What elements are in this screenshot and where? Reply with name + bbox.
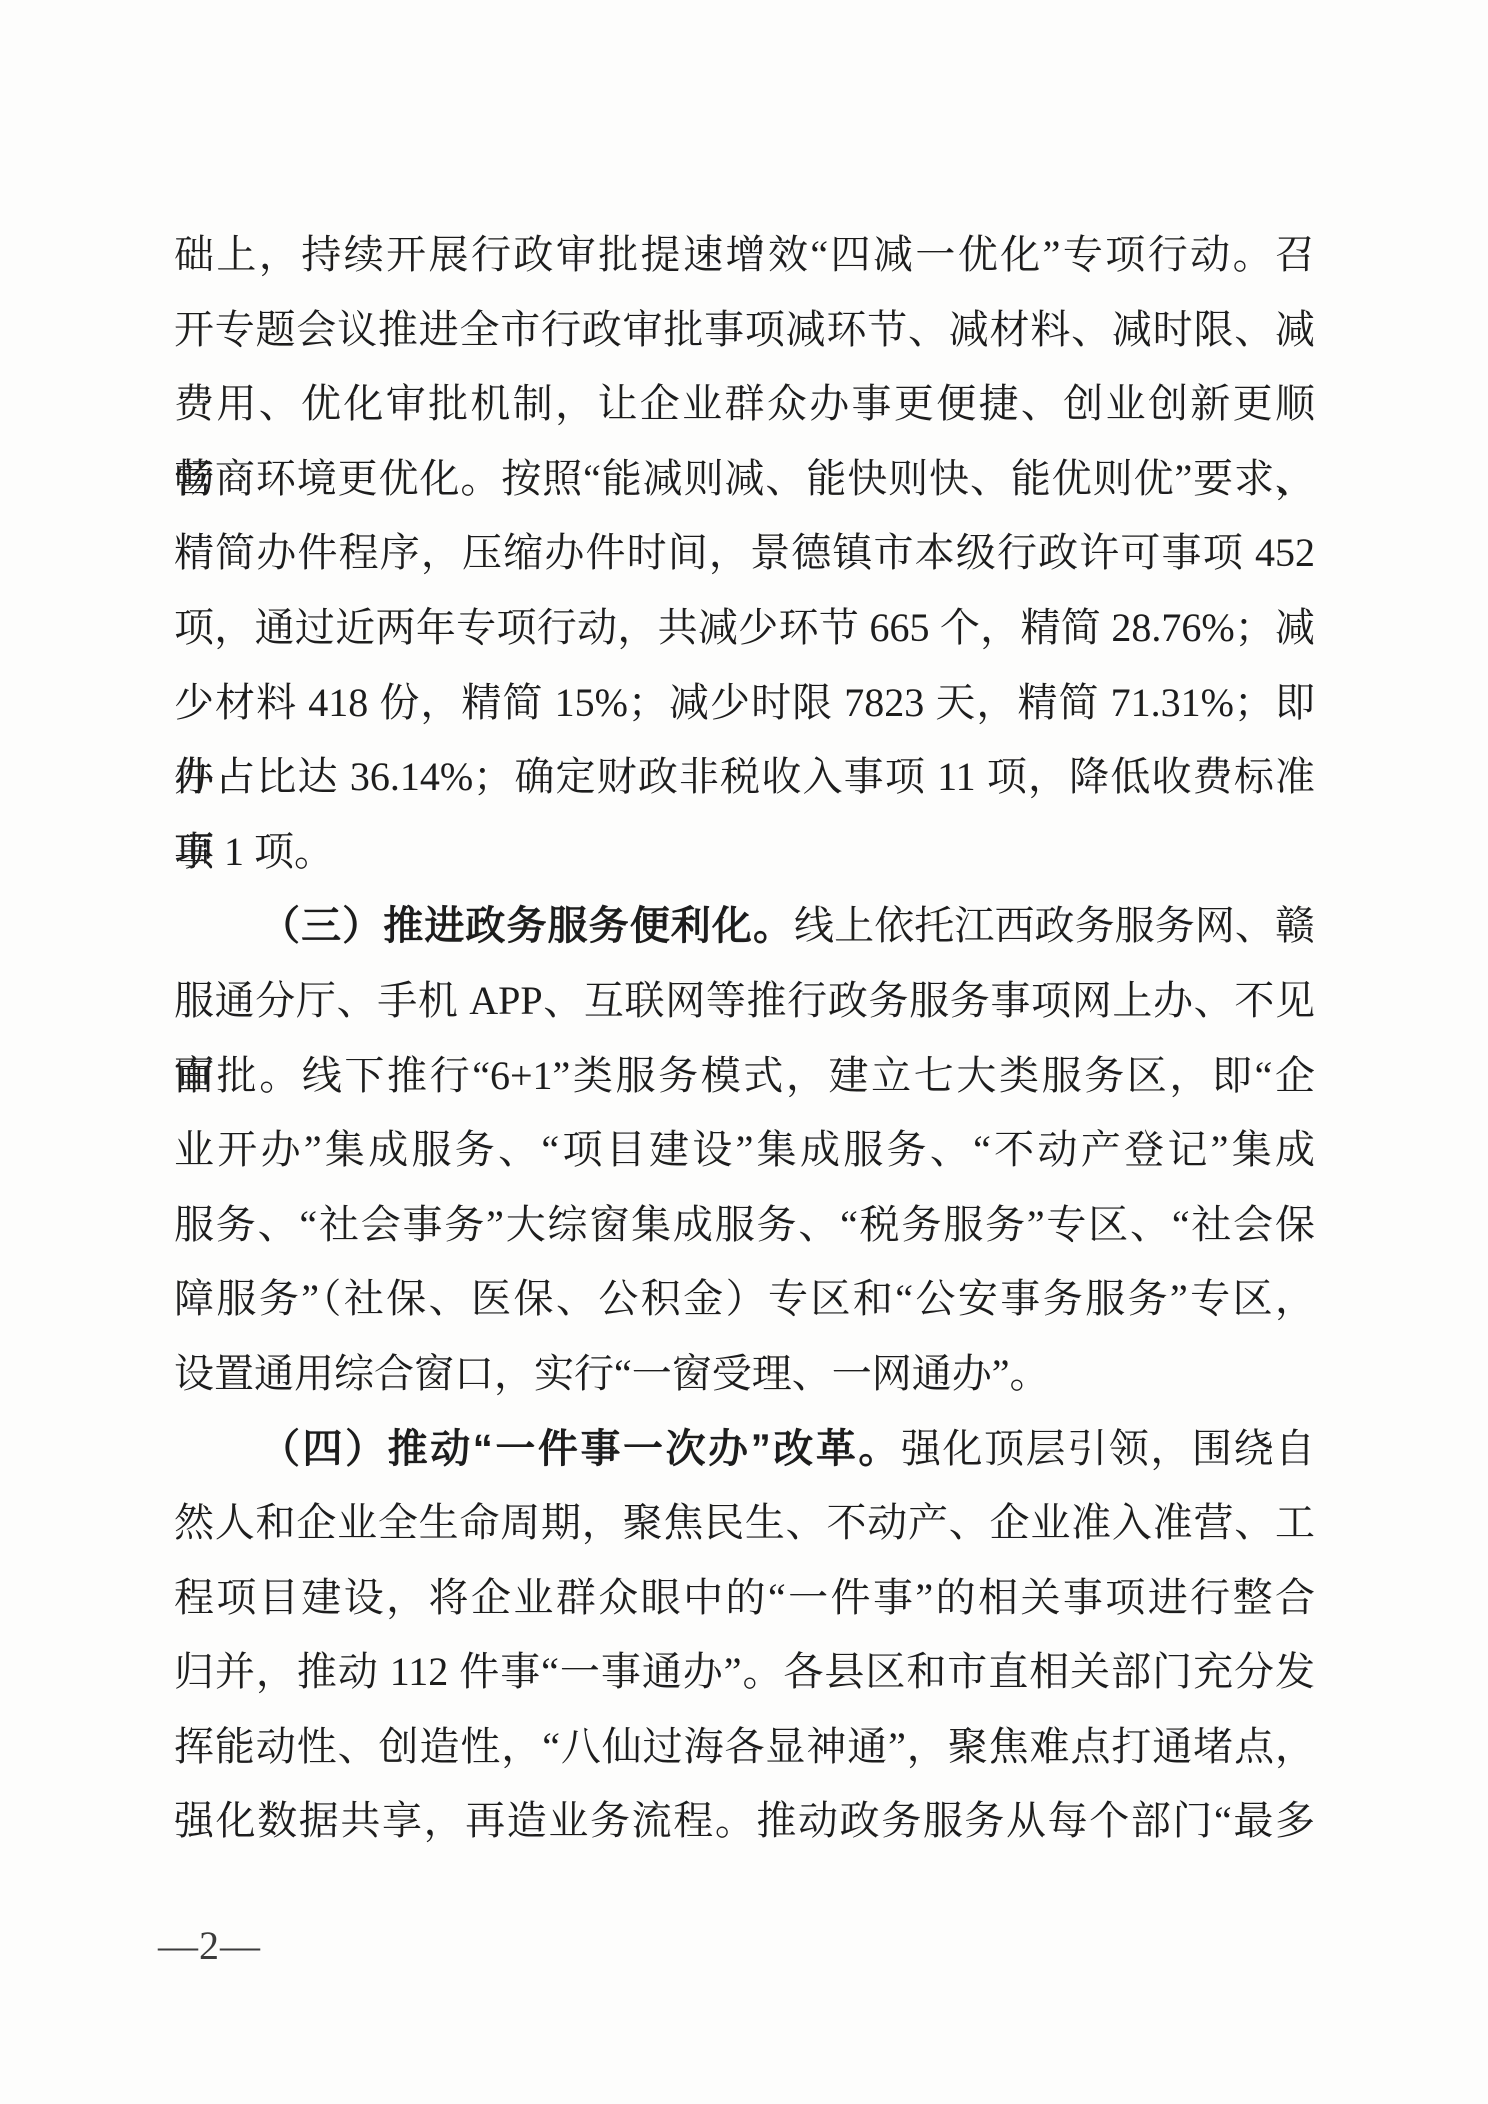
text-line-content: 然人和企业全生命周期，聚焦民生、不动产、企业准入准营、工 [174,1500,1315,1545]
text-line-content: 设置通用综合窗口，实行“一窗受理、一网通办”。 [174,1351,1050,1396]
text-line-content: 项，通过近两年专项行动，共减少环节 665 个，精简 28.76%；减 [174,605,1315,650]
text-line-content: 开专题会议推进全市行政审批事项减环节、减材料、减时限、减 [174,307,1315,352]
document-text-block: 础上，持续开展行政审批提速增效“四减一优化”专项行动。召 开专题会议推进全市行政… [174,218,1315,1859]
text-line-content: 营商环境更优化。按照“能减则减、能快则快、能优则优”要求， [174,456,1315,501]
text-line: 障服务”（社保、医保、公积金）专区和“公安事务服务”专区， [174,1262,1315,1337]
text-line: 少材料 418 份，精简 15%；减少时限 7823 天，精简 71.31%；即… [174,666,1315,741]
text-line-content: 服务、“社会事务”大综窗集成服务、“税务服务”专区、“社会保 [174,1202,1315,1247]
text-line: 强化数据共享，再造业务流程。推动政务服务从每个部门“最多 [174,1784,1315,1859]
text-line-content: 强化顶层引领，围绕自 [901,1426,1315,1471]
text-line: 项 1 项。 [174,815,1315,890]
text-line: 设置通用综合窗口，实行“一窗受理、一网通办”。 [174,1337,1315,1412]
text-line-content: 审批。线下推行“6+1”类服务模式，建立七大类服务区，即“企 [174,1053,1315,1098]
text-line: （四）推动“一件事一次办”改革。强化顶层引领，围绕自 [174,1412,1315,1487]
text-line-content: 线上依托江西政务服务网、赣 [794,903,1315,948]
text-line: 营商环境更优化。按照“能减则减、能快则快、能优则优”要求， [174,442,1315,517]
text-line: 业开办”集成服务、“项目建设”集成服务、“不动产登记”集成 [174,1113,1315,1188]
text-line: 件占比达 36.14%；确定财政非税收入事项 11 项，降低收费标准事 [174,740,1315,815]
document-page: 础上，持续开展行政审批提速增效“四减一优化”专项行动。召 开专题会议推进全市行政… [0,0,1488,2104]
text-line-content: 障服务”（社保、医保、公积金）专区和“公安事务服务”专区， [174,1276,1315,1321]
section-heading-3: （三）推进政务服务便利化。 [260,904,794,948]
text-line: 归并，推动 112 件事“一事通办”。各县区和市直相关部门充分发 [174,1635,1315,1710]
text-line: （三）推进政务服务便利化。线上依托江西政务服务网、赣 [174,889,1315,964]
text-line: 开专题会议推进全市行政审批事项减环节、减材料、减时限、减 [174,293,1315,368]
text-line: 挥能动性、创造性，“八仙过海各显神通”，聚焦难点打通堵点， [174,1710,1315,1785]
text-line-content: 程项目建设，将企业群众眼中的“一件事”的相关事项进行整合 [174,1575,1315,1620]
text-line: 然人和企业全生命周期，聚焦民生、不动产、企业准入准营、工 [174,1486,1315,1561]
text-line: 础上，持续开展行政审批提速增效“四减一优化”专项行动。召 [174,218,1315,293]
text-line-content: 强化数据共享，再造业务流程。推动政务服务从每个部门“最多 [174,1798,1315,1843]
text-line: 审批。线下推行“6+1”类服务模式，建立七大类服务区，即“企 [174,1039,1315,1114]
text-line-content: 业开办”集成服务、“项目建设”集成服务、“不动产登记”集成 [174,1127,1315,1172]
text-line-content: 础上，持续开展行政审批提速增效“四减一优化”专项行动。召 [174,232,1315,277]
text-line-content: 项 1 项。 [174,829,334,874]
text-line-content: 归并，推动 112 件事“一事通办”。各县区和市直相关部门充分发 [174,1649,1315,1694]
text-line: 精简办件程序，压缩办件时间，景德镇市本级行政许可事项 452 [174,516,1315,591]
text-line: 程项目建设，将企业群众眼中的“一件事”的相关事项进行整合 [174,1561,1315,1636]
text-line-content: 精简办件程序，压缩办件时间，景德镇市本级行政许可事项 452 [174,530,1315,575]
text-line: 项，通过近两年专项行动，共减少环节 665 个，精简 28.76%；减 [174,591,1315,666]
text-line-content: 挥能动性、创造性，“八仙过海各显神通”，聚焦难点打通堵点， [174,1724,1315,1769]
page-number: —2— [158,1922,261,1970]
text-line: 服务、“社会事务”大综窗集成服务、“税务服务”专区、“社会保 [174,1188,1315,1263]
text-line: 服通分厅、手机 APP、互联网等推行政务服务事项网上办、不见面 [174,964,1315,1039]
section-heading-4: （四）推动“一件事一次办”改革。 [260,1427,901,1471]
text-line: 费用、优化审批机制，让企业群众办事更便捷、创业创新更顺畅、 [174,367,1315,442]
